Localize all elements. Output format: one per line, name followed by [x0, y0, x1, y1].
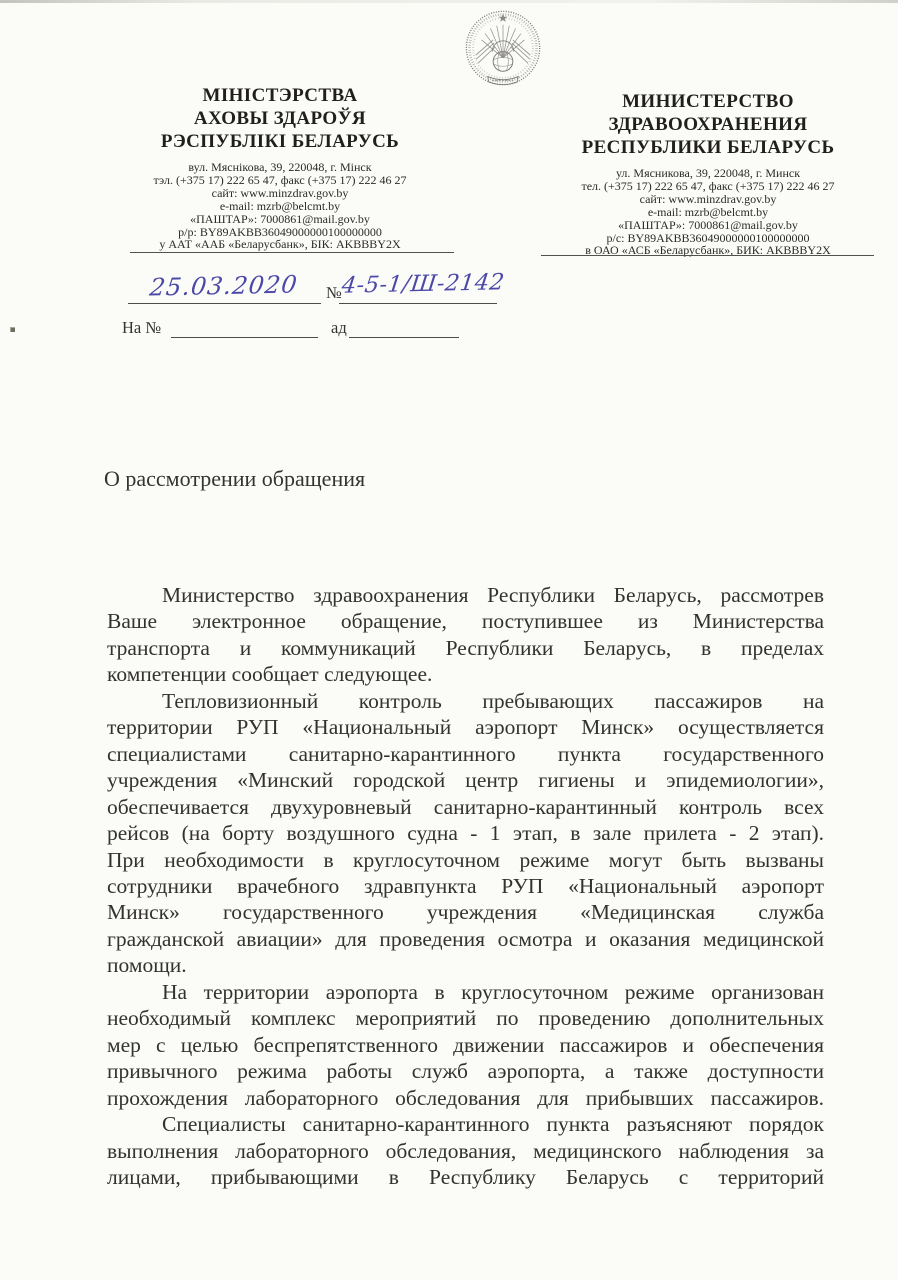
address-line: ул. Мясникова, 39, 220048, г. Минск	[542, 167, 874, 180]
handwritten-number: 4-5-1/Ш-2142	[340, 269, 506, 298]
title-line: РЕСПУБЛИКИ БЕЛАРУСЬ	[542, 136, 874, 159]
body-line: территории РУП «Национальный аэропорт Ми…	[107, 714, 824, 740]
paragraph: На территории аэропорта в круглосуточном…	[107, 979, 824, 1111]
body-line: рейсов (на борту воздушного судна - 1 эт…	[107, 820, 824, 846]
body-line: гражданской авиации» для проведения осмо…	[107, 926, 824, 952]
pashtar-line: «ПАШТАР»: 7000861@mail.gov.by	[110, 213, 450, 226]
paragraph: Тепловизионный контроль пребывающих пасс…	[107, 688, 824, 979]
website-line: сайт: www.minzdrav.gov.by	[110, 187, 450, 200]
letterhead-left: МІНІСТЭРСТВА АХОВЫ ЗДАРОЎЯ РЭСПУБЛІКІ БЕ…	[110, 84, 450, 251]
letterhead-divider-left	[130, 252, 454, 253]
email-line: e-mail: mzrb@belcmt.by	[110, 200, 450, 213]
body-line: На территории аэропорта в круглосуточном…	[107, 979, 824, 1005]
scan-edge-artifact	[0, 0, 898, 3]
title-line: МІНІСТЭРСТВА	[110, 84, 450, 107]
body-line: привычного режима работы служб аэропорта…	[107, 1058, 824, 1084]
body-line: Ваше электронное обращение, поступившее …	[107, 608, 824, 634]
reply-number-underline	[171, 337, 318, 338]
body-line: Министерство здравоохранения Республики …	[107, 582, 824, 608]
title-line: МИНИСТЕРСТВО	[542, 90, 874, 113]
body-line: выполнения лабораторного обследования, м…	[107, 1138, 824, 1164]
body-line: компетенции сообщает следующее.	[107, 661, 824, 687]
ministry-title-ru: МИНИСТЕРСТВО ЗДРАВООХРАНЕНИЯ РЕСПУБЛИКИ …	[542, 90, 874, 159]
body-line: учреждения «Минский городской центр гиги…	[107, 767, 824, 793]
number-underline	[339, 303, 497, 304]
subject-line: О рассмотрении обращения	[104, 466, 365, 492]
bank-line: у ААТ «ААБ «Беларусбанк», БІК: AKBBBY2X	[110, 238, 450, 251]
body-text: Министерство здравоохранения Республики …	[107, 582, 824, 1190]
body-line: транспорта и коммуникаций Республики Бел…	[107, 635, 824, 661]
date-underline	[128, 303, 321, 304]
letterhead-right: МИНИСТЕРСТВО ЗДРАВООХРАНЕНИЯ РЕСПУБЛИКИ …	[542, 90, 874, 257]
reply-to-label: На №	[122, 318, 161, 338]
phone-line: тел. (+375 17) 222 65 47, факс (+375 17)…	[542, 180, 874, 193]
body-line: сотрудники врачебного здравпункта РУП «Н…	[107, 873, 824, 899]
body-line: обеспечивается двухуровневый санитарно-к…	[107, 794, 824, 820]
body-line: прохождения лабораторного обследования д…	[107, 1085, 824, 1111]
contact-block-ru: ул. Мясникова, 39, 220048, г. Минск тел.…	[542, 167, 874, 257]
body-line: специалистами санитарно-карантинного пун…	[107, 741, 824, 767]
title-line: АХОВЫ ЗДАРОЎЯ	[110, 107, 450, 130]
belarus-coat-of-arms-icon	[458, 6, 548, 90]
ministry-title-by: МІНІСТЭРСТВА АХОВЫ ЗДАРОЎЯ РЭСПУБЛІКІ БЕ…	[110, 84, 450, 153]
paragraph: Министерство здравоохранения Республики …	[107, 582, 824, 688]
number-label: №	[326, 283, 342, 303]
reply-from-label: ад	[331, 318, 347, 338]
address-line: вул. Мяснікова, 39, 220048, г. Мінск	[110, 161, 450, 174]
body-line: помощи.	[107, 952, 824, 978]
body-line: необходимый комплекс мероприятий по пров…	[107, 1005, 824, 1031]
body-line: лицами, прибывающими в Республику Белару…	[107, 1164, 824, 1190]
scan-speck-artifact	[10, 327, 15, 332]
body-line: Минск» государственного учреждения «Меди…	[107, 899, 824, 925]
title-line: ЗДРАВООХРАНЕНИЯ	[542, 113, 874, 136]
body-line: Специалисты санитарно-карантинного пункт…	[107, 1111, 824, 1137]
phone-line: тэл. (+375 17) 222 65 47, факс (+375 17)…	[110, 174, 450, 187]
body-line: При необходимости в круглосуточном режим…	[107, 847, 824, 873]
paragraph: Специалисты санитарно-карантинного пункт…	[107, 1111, 824, 1190]
email-line: e-mail: mzrb@belcmt.by	[542, 206, 874, 219]
body-line: мер с целью беспрепятственного движении …	[107, 1032, 824, 1058]
letterhead-divider-right	[541, 255, 874, 256]
reply-date-underline	[349, 337, 459, 338]
pashtar-line: «ПАШТАР»: 7000861@mail.gov.by	[542, 219, 874, 232]
website-line: сайт: www.minzdrav.gov.by	[542, 193, 874, 206]
scanned-letter-page: МІНІСТЭРСТВА АХОВЫ ЗДАРОЎЯ РЭСПУБЛІКІ БЕ…	[0, 0, 898, 1280]
body-line: Тепловизионный контроль пребывающих пасс…	[107, 688, 824, 714]
title-line: РЭСПУБЛІКІ БЕЛАРУСЬ	[110, 130, 450, 153]
handwritten-date: 25.03.2020	[148, 270, 299, 301]
contact-block-by: вул. Мяснікова, 39, 220048, г. Мінск тэл…	[110, 161, 450, 251]
